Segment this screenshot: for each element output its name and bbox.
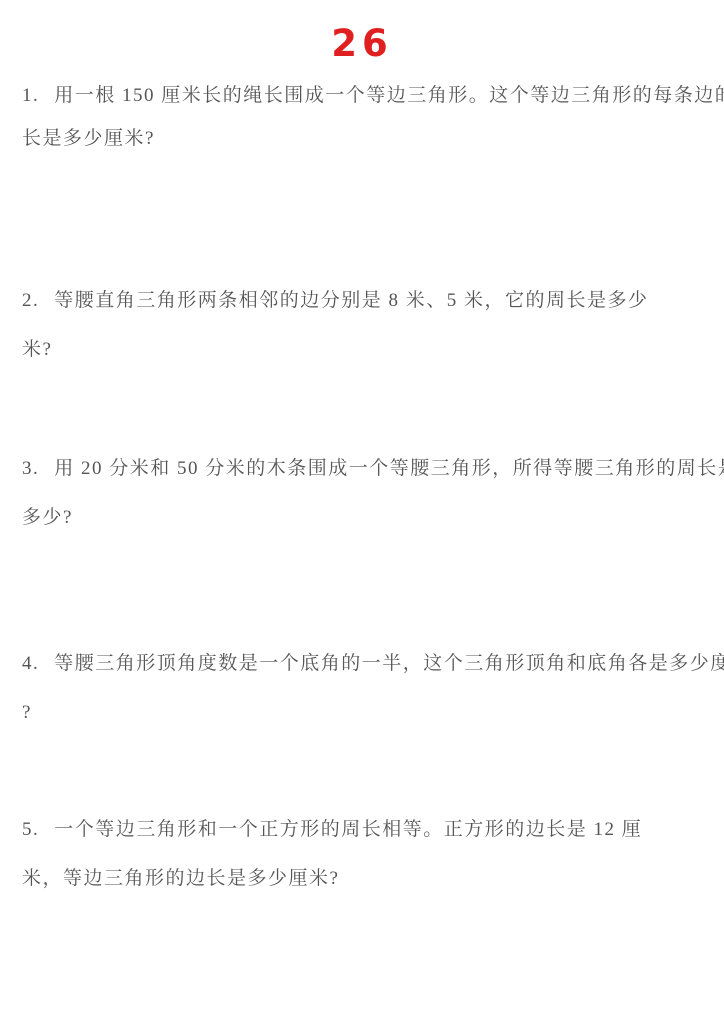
question-3-number: 3. (22, 457, 39, 481)
question-3: 3.用 20 分米和 50 分米的木条围成一个等腰三角形，所得等腰三角形的周长是… (22, 457, 706, 530)
page-number-title: 26 (0, 22, 724, 65)
worksheet-page: 26 1.用一根 150 厘米长的绳长围成一个等边三角形。这个等边三角形的每条边… (0, 0, 724, 1024)
question-1: 1.用一根 150 厘米长的绳长围成一个等边三角形。这个等边三角形的每条边的 长… (22, 84, 706, 151)
question-1-number: 1. (22, 84, 39, 108)
question-2-line-1: 2.等腰直角三角形两条相邻的边分别是 8 米、5 米，它的周长是多少 (22, 289, 706, 313)
question-5-line-2: 米，等边三角形的边长是多少厘米? (22, 867, 706, 891)
question-4-line-1: 4.等腰三角形顶角度数是一个底角的一半，这个三角形顶角和底角各是多少度 (22, 652, 706, 676)
question-4-text: 等腰三角形顶角度数是一个底角的一半，这个三角形顶角和底角各是多少度 (54, 653, 724, 674)
question-4-line-2: ? (22, 701, 706, 725)
question-4-number: 4. (22, 652, 39, 676)
question-5-text: 一个等边三角形和一个正方形的周长相等。正方形的边长是 12 厘 (54, 819, 642, 840)
question-1-text: 用一根 150 厘米长的绳长围成一个等边三角形。这个等边三角形的每条边的 (54, 85, 724, 106)
question-1-line-1: 1.用一根 150 厘米长的绳长围成一个等边三角形。这个等边三角形的每条边的 (22, 84, 706, 108)
question-3-text: 用 20 分米和 50 分米的木条围成一个等腰三角形，所得等腰三角形的周长是 (54, 458, 724, 479)
question-1-line-2: 长是多少厘米? (22, 127, 706, 151)
question-3-line-2: 多少? (22, 506, 706, 530)
question-4: 4.等腰三角形顶角度数是一个底角的一半，这个三角形顶角和底角各是多少度 ? (22, 652, 706, 725)
question-5-number: 5. (22, 818, 39, 842)
question-3-line-1: 3.用 20 分米和 50 分米的木条围成一个等腰三角形，所得等腰三角形的周长是 (22, 457, 706, 481)
question-2: 2.等腰直角三角形两条相邻的边分别是 8 米、5 米，它的周长是多少 米? (22, 289, 706, 362)
question-5: 5.一个等边三角形和一个正方形的周长相等。正方形的边长是 12 厘 米，等边三角… (22, 818, 706, 891)
question-5-line-1: 5.一个等边三角形和一个正方形的周长相等。正方形的边长是 12 厘 (22, 818, 706, 842)
question-2-text: 等腰直角三角形两条相邻的边分别是 8 米、5 米，它的周长是多少 (54, 290, 648, 311)
question-2-number: 2. (22, 289, 39, 313)
question-2-line-2: 米? (22, 338, 706, 362)
